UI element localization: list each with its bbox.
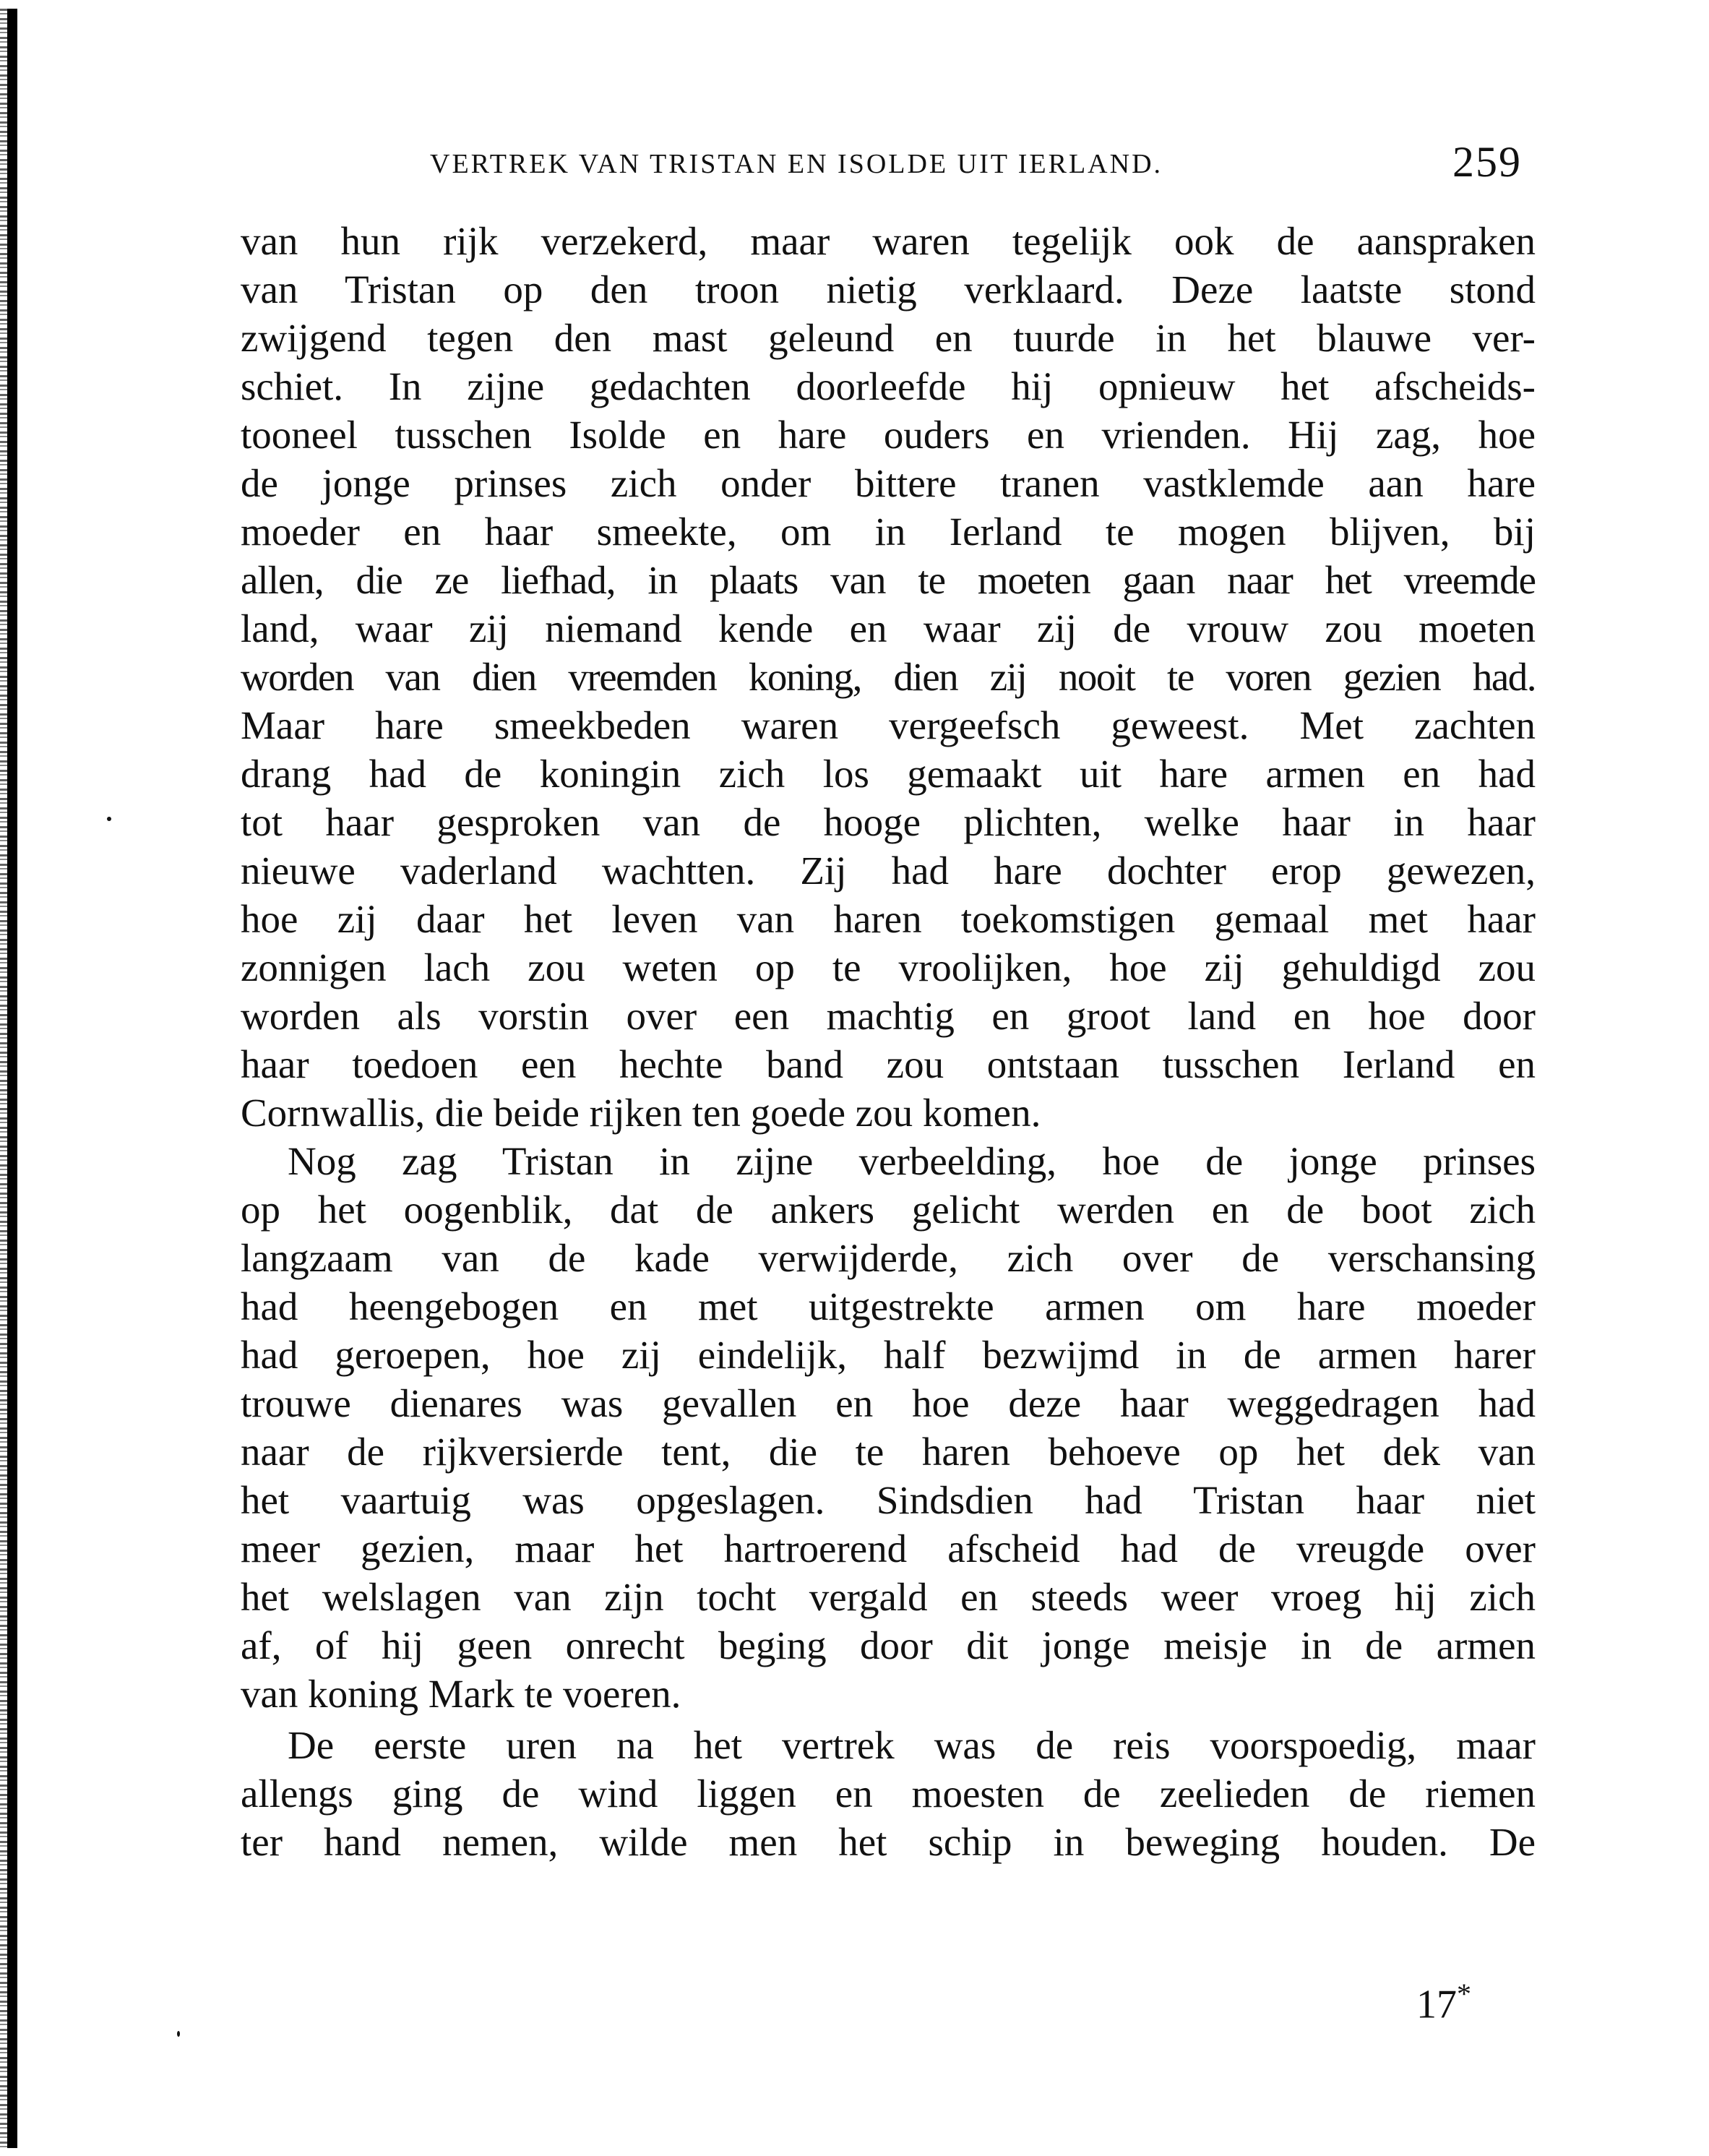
text-line: zonnigen lach zou weten op te vroolijken… xyxy=(241,943,1536,992)
text-line: tooneel tusschen Isolde en hare ouders e… xyxy=(241,411,1536,459)
text-line: haar toedoen een hechte band zou ontstaa… xyxy=(241,1040,1536,1088)
text-line: van hun rijk verzekerd, maar waren tegel… xyxy=(241,217,1536,265)
text-line: de jonge prinses zich onder bittere tran… xyxy=(241,459,1536,507)
scan-speck xyxy=(177,2031,180,2037)
text-line: naar de rijkversierde tent, die te haren… xyxy=(241,1427,1536,1476)
text-line: moeder en haar smeekte, om in Ierland te… xyxy=(241,507,1536,556)
text-line: nieuwe vaderland wachtten. Zij had hare … xyxy=(241,846,1536,895)
text-line: ter hand nemen, wilde men het schip in b… xyxy=(241,1818,1536,1866)
text-line: land, waar zij niemand kende en waar zij… xyxy=(241,604,1536,653)
text-line: allengs ging de wind liggen en moesten d… xyxy=(241,1769,1536,1818)
text-line: meer gezien, maar het hartroerend afsche… xyxy=(241,1524,1536,1573)
scan-binding-shadow xyxy=(7,9,17,2148)
text-line: drang had de koningin zich los gemaakt u… xyxy=(241,750,1536,798)
text-line: van koning Mark te voeren. xyxy=(241,1670,1536,1718)
paragraph-1: van hun rijk verzekerd, maar waren tegel… xyxy=(241,217,1536,1137)
text-line: af, of hij geen onrecht beging door dit … xyxy=(241,1621,1536,1670)
text-line: Cornwallis, die beide rijken ten goede z… xyxy=(241,1088,1536,1137)
text-line: langzaam van de kade verwijderde, zich o… xyxy=(241,1234,1536,1282)
text-line: De eerste uren na het vertrek was de rei… xyxy=(241,1721,1536,1769)
text-line: zwijgend tegen den mast geleund en tuurd… xyxy=(241,314,1536,362)
text-line: worden als vorstin over een machtig en g… xyxy=(241,992,1536,1040)
scan-speck xyxy=(107,817,111,821)
paragraph-3: De eerste uren na het vertrek was de rei… xyxy=(241,1721,1536,1866)
page-number: 259 xyxy=(1452,137,1522,187)
running-header: VERTREK VAN TRISTAN EN ISOLDE UIT IERLAN… xyxy=(430,148,1348,180)
printer-signature: 17* xyxy=(1416,1977,1471,2028)
scan-edge-noise xyxy=(0,9,7,2148)
text-line: Nog zag Tristan in zijne verbeelding, ho… xyxy=(241,1137,1536,1185)
text-line: het vaartuig was opgeslagen. Sindsdien h… xyxy=(241,1476,1536,1524)
page-body: van hun rijk verzekerd, maar waren tegel… xyxy=(241,217,1536,1866)
text-line: trouwe dienares was gevallen en hoe deze… xyxy=(241,1379,1536,1427)
text-line: Maar hare smeekbeden waren vergeefsch ge… xyxy=(241,701,1536,750)
text-line: had geroepen, hoe zij eindelijk, half be… xyxy=(241,1331,1536,1379)
signature-mark: * xyxy=(1457,1977,1471,2010)
text-line: van Tristan op den troon nietig verklaar… xyxy=(241,265,1536,314)
text-line: had heengebogen en met uitgestrekte arme… xyxy=(241,1282,1536,1331)
text-line: allen, die ze liefhad, in plaats van te … xyxy=(241,556,1536,604)
text-line: worden van dien vreemden koning, dien zi… xyxy=(241,653,1536,701)
text-line: het welslagen van zijn tocht vergald en … xyxy=(241,1573,1536,1621)
text-line: op het oogenblik, dat de ankers gelicht … xyxy=(241,1185,1536,1234)
text-line: hoe zij daar het leven van haren toekoms… xyxy=(241,895,1536,943)
text-line: schiet. In zijne gedachten doorleefde hi… xyxy=(241,362,1536,411)
signature-number: 17 xyxy=(1416,1983,1457,2027)
paragraph-2: Nog zag Tristan in zijne verbeelding, ho… xyxy=(241,1137,1536,1718)
text-line: tot haar gesproken van de hooge plichten… xyxy=(241,798,1536,846)
